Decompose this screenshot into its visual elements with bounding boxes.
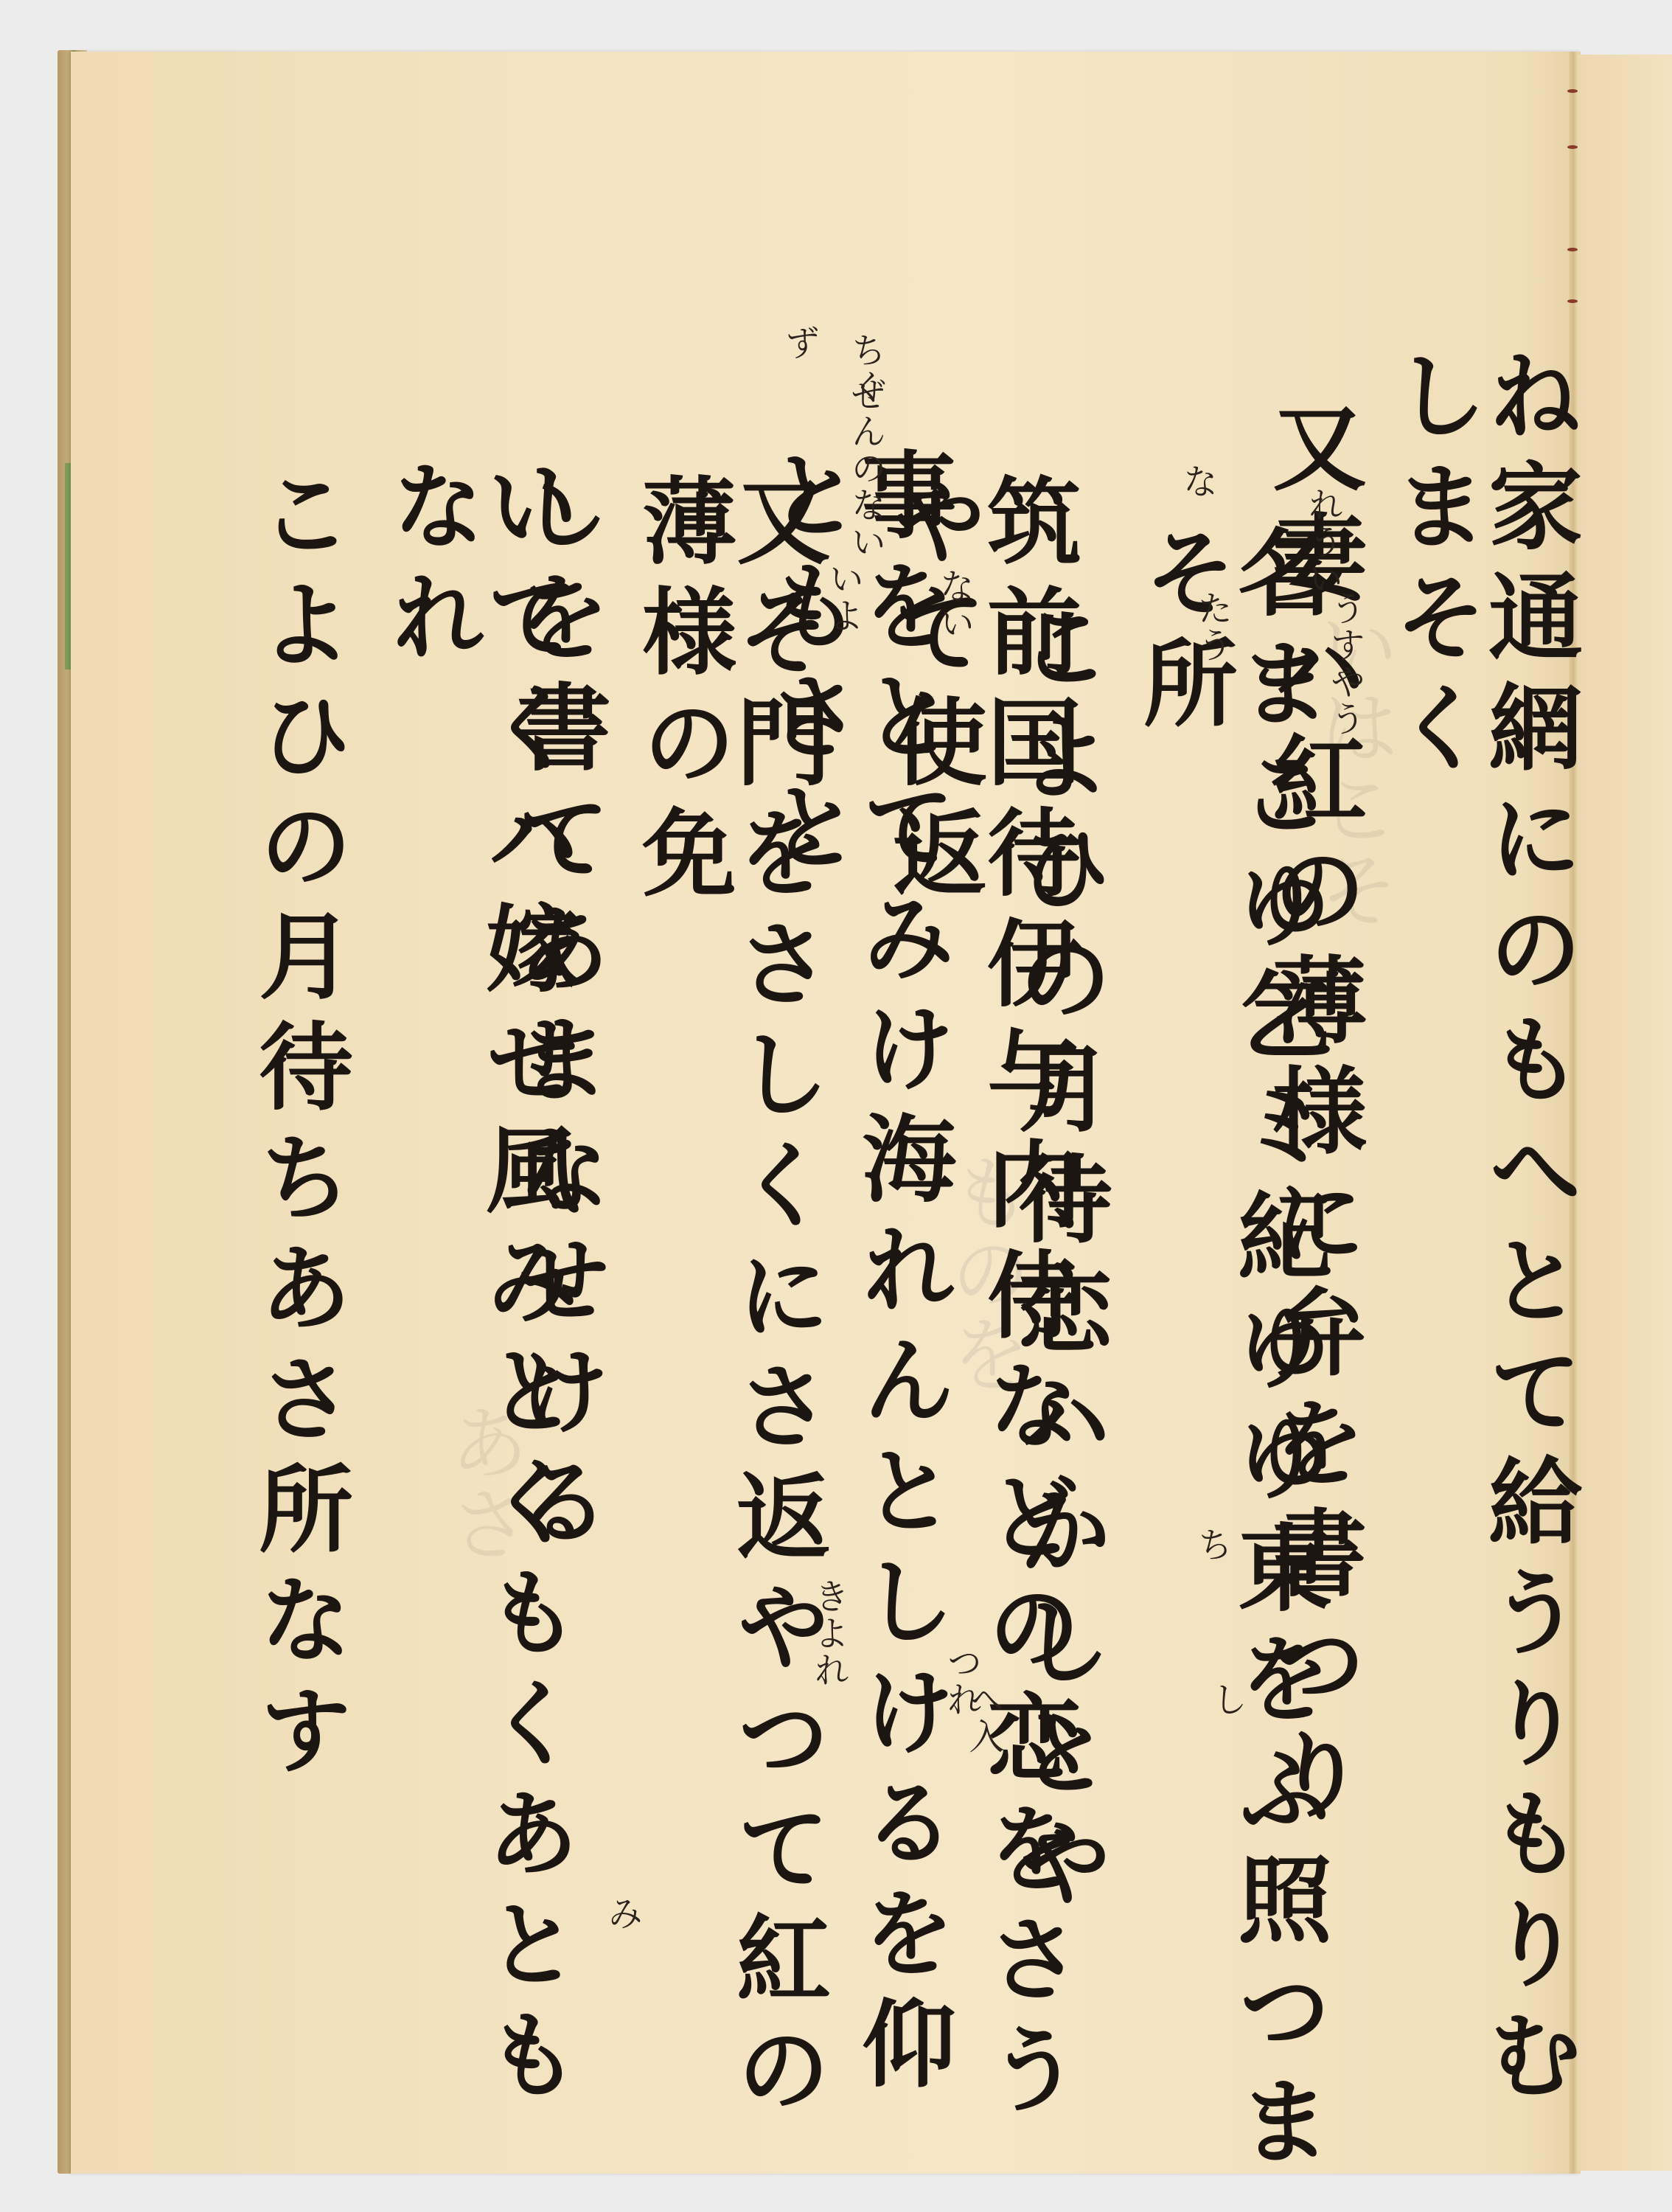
furigana: ない: [936, 568, 972, 641]
furigana: へ入: [966, 1681, 1001, 1755]
binding-hole: [1567, 299, 1578, 303]
furigana: れうい: [1305, 487, 1340, 597]
furigana: ず: [781, 324, 817, 361]
text-column-9: いてくハ嫁せ風みとくもくあともなれ: [383, 457, 572, 2212]
binding-hole: [1567, 248, 1578, 251]
text-column-3: 名まこゆ乞ミ紀ゆゆ東をふ照つまそ所: [1135, 524, 1324, 2212]
furigana: み: [605, 1895, 640, 1932]
binding-hole: [1567, 89, 1578, 93]
text-column-7: 又そ門をさしくにさ返やつて紅の薄様の免: [634, 472, 823, 2212]
furigana: な: [1180, 463, 1215, 500]
facing-page-edge: [1578, 55, 1672, 2171]
furigana: ち: [1194, 1526, 1230, 1563]
furigana: し: [1209, 1681, 1244, 1718]
furigana: うすやう: [1327, 590, 1362, 737]
text-column-1: ね家通網にのもへとて給うりもりむしまそく: [1386, 347, 1575, 2212]
furigana: いよ: [826, 560, 861, 634]
binding-hole: [1567, 145, 1578, 149]
furigana: たう: [1194, 590, 1230, 664]
text-column-10: こよひの月待ちあさ所なす: [251, 465, 345, 1792]
furigana: きよれ: [811, 1578, 846, 1688]
furigana: ぜんのない: [848, 376, 883, 560]
